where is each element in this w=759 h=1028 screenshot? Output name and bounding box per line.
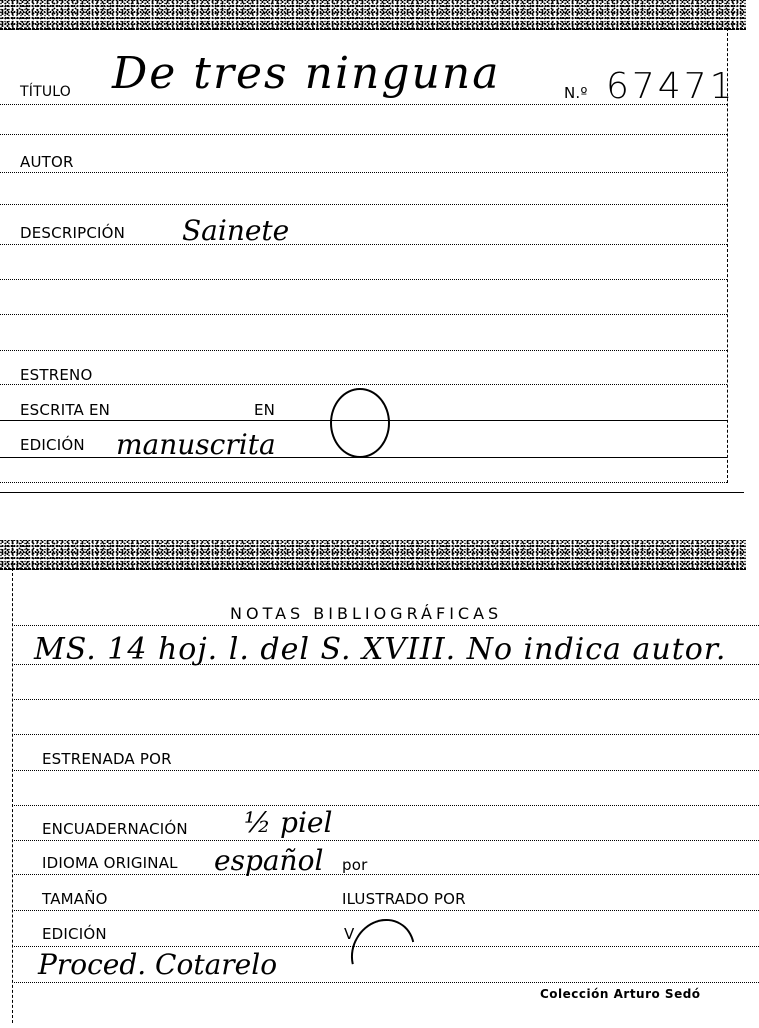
procedencia-value: Proced. Cotarelo	[38, 948, 277, 981]
rule-line	[14, 982, 759, 983]
torn-edge	[0, 0, 746, 30]
tamano-label: TAMAÑO	[42, 890, 108, 908]
collection-credit: Colección Arturo Sedó	[540, 987, 701, 1001]
rule-line	[0, 104, 727, 105]
edicion-label: EDICIÓN	[20, 436, 85, 454]
library-stamp	[330, 388, 390, 458]
card-cut-line	[0, 492, 744, 493]
numero-value: 67471	[606, 66, 736, 107]
rule-line	[14, 734, 759, 735]
rule-line	[14, 874, 759, 875]
rule-line	[14, 770, 759, 771]
en-label: EN	[254, 401, 275, 419]
rule-line	[0, 204, 727, 205]
rule-line	[14, 699, 759, 700]
estrenada-por-label: ESTRENADA POR	[42, 750, 172, 768]
encuadernacion-value: ½ piel	[244, 806, 332, 839]
edicion-label: EDICIÓN	[42, 925, 107, 943]
rule-line	[0, 244, 727, 245]
catalog-card-back: NOTAS BIBLIOGRÁFICAS MS. 14 hoj. l. del …	[0, 540, 759, 1028]
rule-line	[14, 664, 759, 665]
rule-line	[0, 134, 727, 135]
rule-line	[14, 625, 759, 626]
idioma-original-value: español	[214, 844, 323, 877]
rule-line	[0, 384, 727, 385]
rule-line	[14, 805, 759, 806]
notas-value: MS. 14 hoj. l. del S. XVIII. No indica a…	[34, 632, 726, 667]
autor-label: AUTOR	[20, 153, 74, 171]
card-left-border	[12, 568, 13, 1023]
encuadernacion-label: ENCUADERNACIÓN	[42, 820, 188, 838]
titulo-label: TÍTULO	[20, 84, 71, 100]
numero-label: N.º	[564, 84, 588, 102]
rule-line	[14, 840, 759, 841]
escrita-en-label: ESCRITA EN	[20, 401, 110, 419]
ilustrado-por-label: ILUSTRADO POR	[342, 890, 466, 908]
rule-line	[0, 279, 727, 280]
rule-line	[0, 314, 727, 315]
rule-line	[0, 350, 727, 351]
estreno-label: ESTRENO	[20, 366, 93, 384]
descripcion-value: Sainete	[182, 214, 289, 247]
catalog-card-front: TÍTULO De tres ninguna N.º 67471 AUTOR D…	[0, 0, 759, 495]
idioma-original-por-label: por	[342, 856, 367, 874]
titulo-value: De tres ninguna	[112, 48, 500, 99]
rule-line	[0, 172, 727, 173]
idioma-original-label: IDIOMA ORIGINAL	[42, 854, 178, 872]
rule-line	[0, 482, 727, 483]
edicion-v-label: V	[344, 925, 354, 943]
notas-heading: NOTAS BIBLIOGRÁFICAS	[230, 604, 502, 623]
torn-edge	[0, 540, 746, 570]
rule-line	[14, 910, 759, 911]
descripcion-label: DESCRIPCIÓN	[20, 224, 125, 242]
library-stamp	[339, 907, 428, 999]
